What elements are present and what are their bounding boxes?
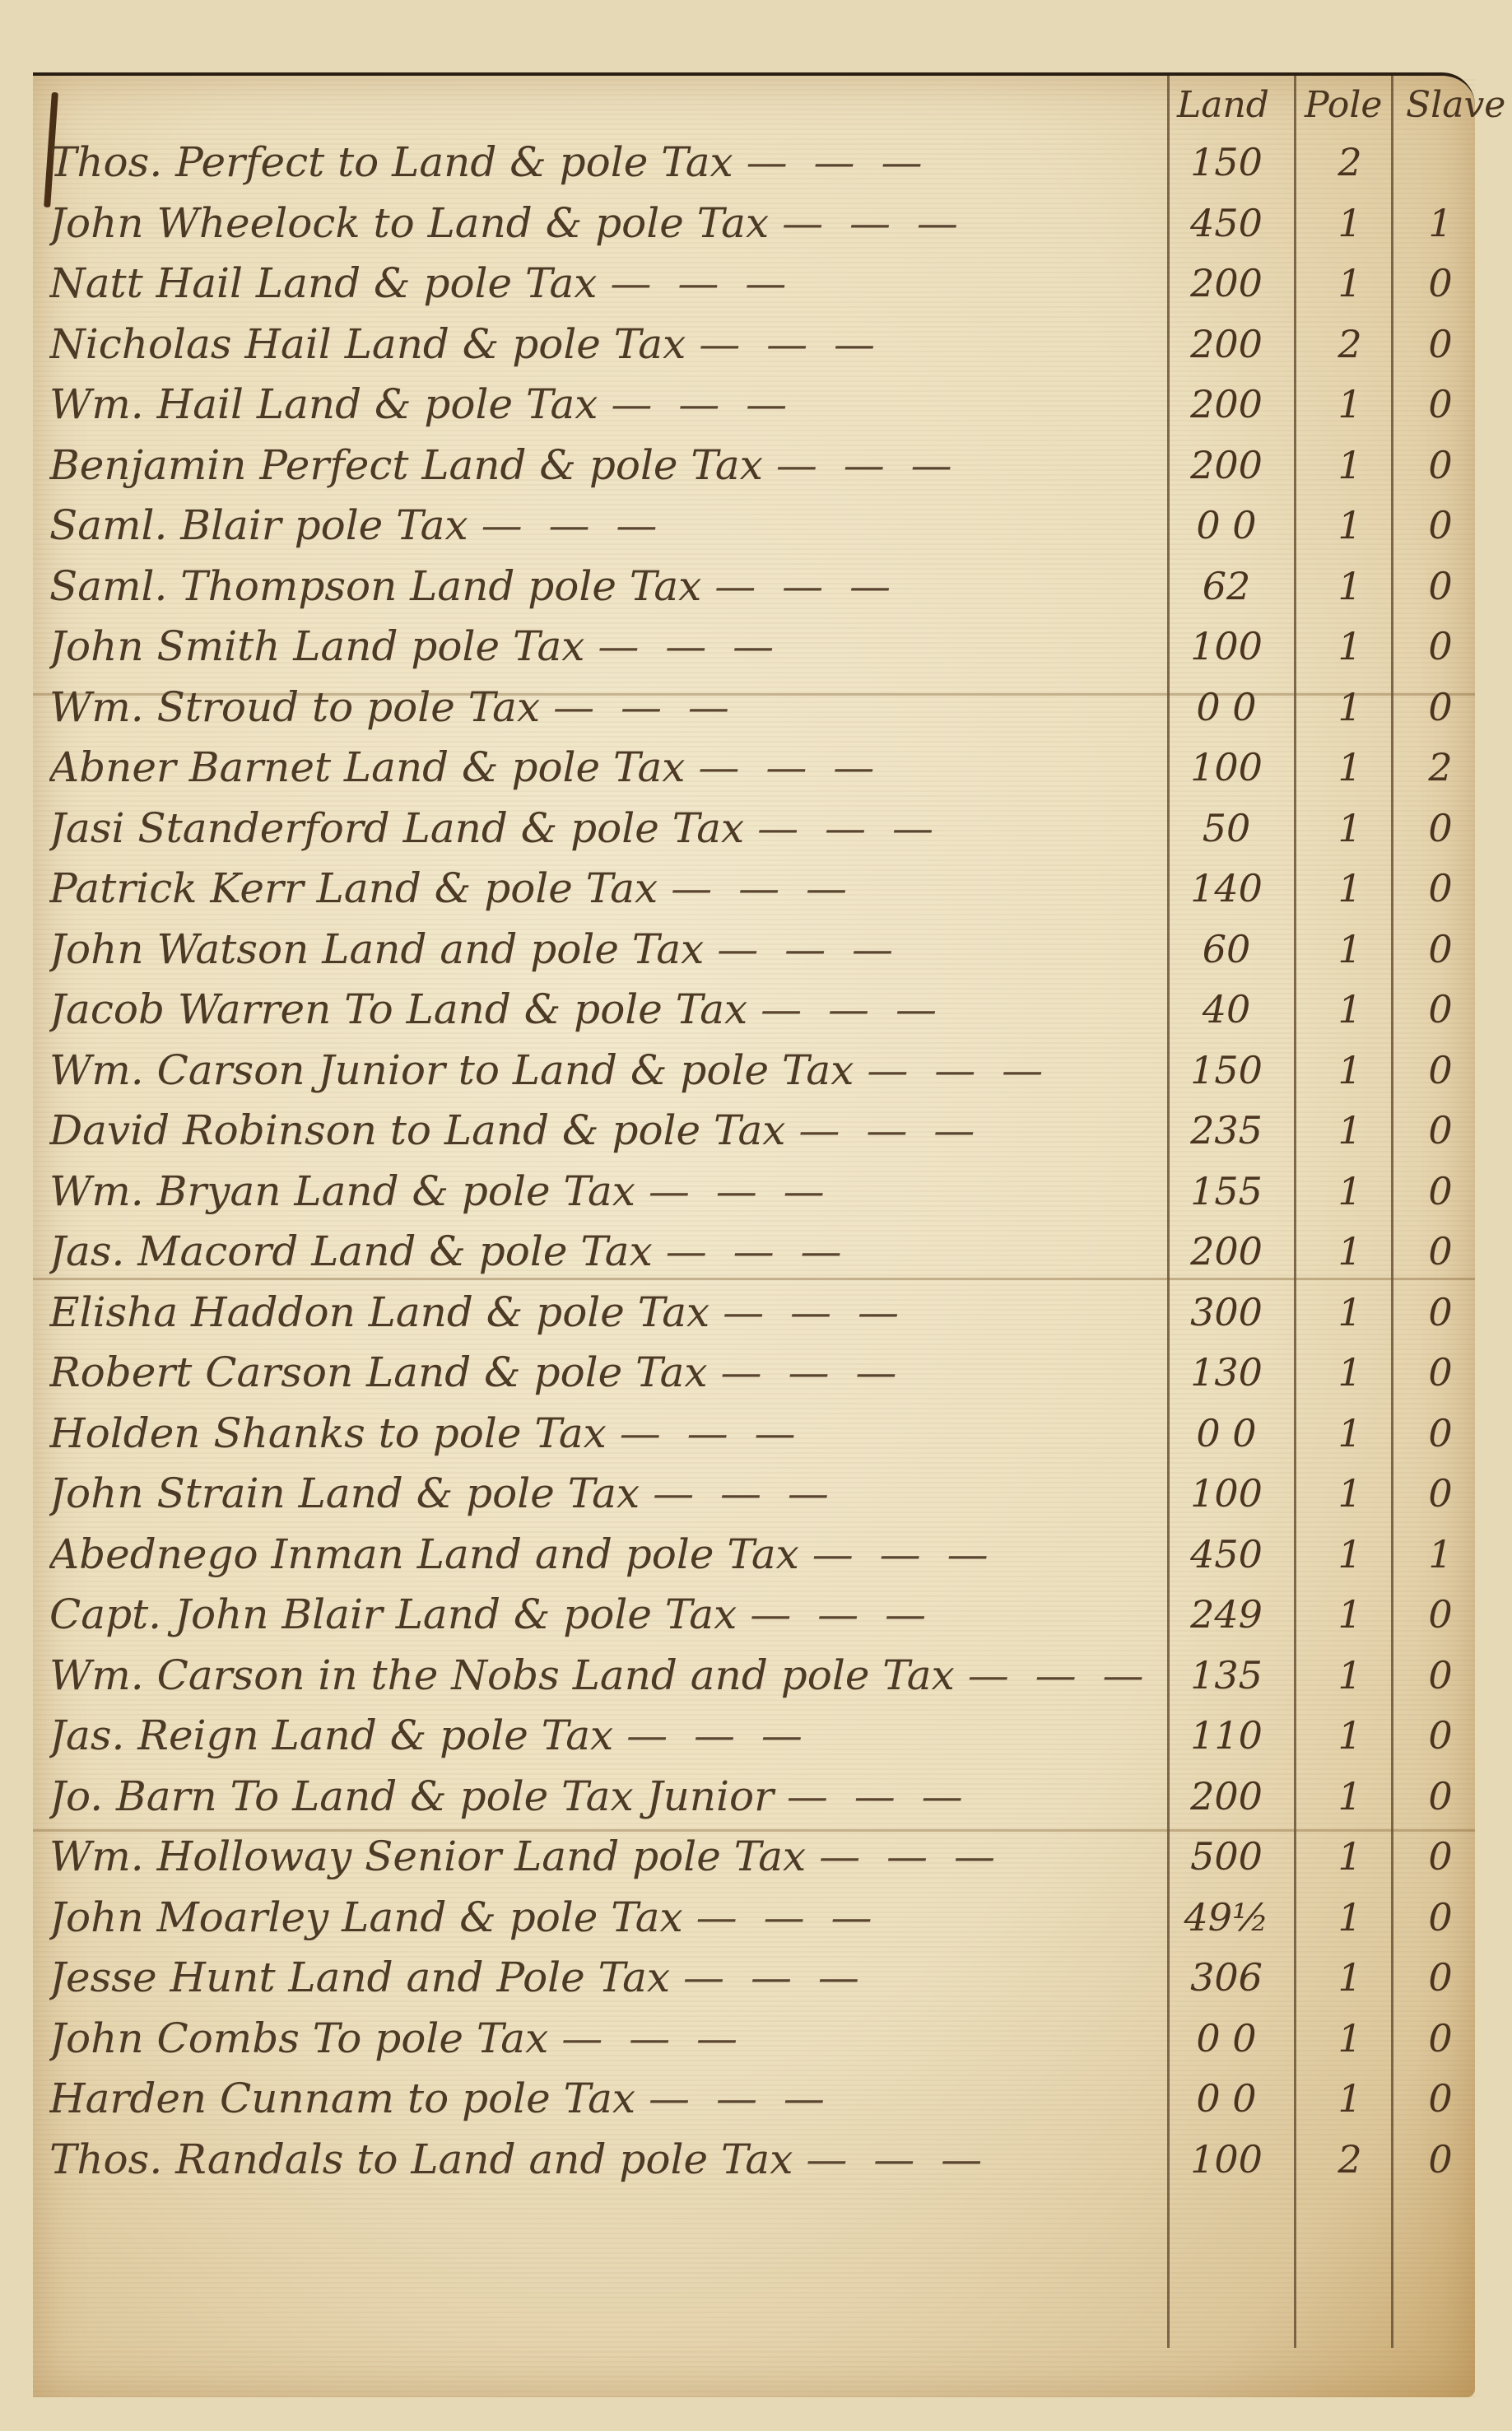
- land-value: 0 0: [1161, 503, 1292, 547]
- pole-value: 1: [1305, 1955, 1395, 2000]
- taxpayer-name: Thos. Randals to Land and pole Tax: [49, 2135, 793, 2183]
- slave-value: 0: [1403, 1229, 1477, 1274]
- table-row: Elisha Haddon Land & pole Tax — — —30010: [33, 1285, 1475, 1346]
- dash-leader: — — —: [723, 1288, 905, 1336]
- pole-value: 1: [1305, 1653, 1395, 1698]
- taxpayer-name: Jesse Hunt Land and Pole Tax: [49, 1954, 670, 2001]
- taxpayer-name: Jacob Warren To Land & pole Tax: [49, 985, 747, 1033]
- taxpayer-entry: Jesse Hunt Land and Pole Tax — — —: [49, 1954, 1161, 2001]
- dash-leader: — — —: [782, 199, 965, 247]
- taxpayer-entry: John Combs To pole Tax — — —: [49, 2014, 1161, 2062]
- taxpayer-name: Abner Barnet Land & pole Tax: [49, 743, 686, 791]
- dash-leader: — — —: [671, 864, 854, 912]
- slave-value: 2: [1403, 745, 1477, 789]
- slave-value: 0: [1403, 866, 1477, 910]
- taxpayer-entry: Wm. Stroud to pole Tax — — —: [49, 683, 1161, 731]
- table-row: Wm. Stroud to pole Tax — — —0 010: [33, 680, 1475, 741]
- tax-list-page: Land Pole Slave Thos. Perfect to Land & …: [33, 72, 1475, 2397]
- taxpayer-entry: John Strain Land & pole Tax — — —: [49, 1469, 1161, 1517]
- taxpayer-name: Saml. Thompson Land pole Tax: [49, 562, 701, 610]
- land-value: 100: [1161, 624, 1292, 668]
- pole-value: 1: [1305, 1532, 1395, 1576]
- pole-value: 1: [1305, 1592, 1395, 1637]
- pole-value: 1: [1305, 987, 1395, 1032]
- pole-value: 2: [1305, 2137, 1395, 2182]
- slave-value: 0: [1403, 1774, 1477, 1819]
- taxpayer-entry: Wm. Holloway Senior Land pole Tax — — —: [49, 1833, 1161, 1880]
- table-row: Natt Hail Land & pole Tax — — —20010: [33, 256, 1475, 317]
- column-header-slave: Slave: [1406, 84, 1505, 126]
- land-value: 200: [1161, 443, 1292, 487]
- slave-value: 0: [1403, 806, 1477, 850]
- table-row: Jacob Warren To Land & pole Tax — — —401…: [33, 982, 1475, 1043]
- slave-value: 0: [1403, 1108, 1477, 1153]
- taxpayer-entry: Abednego Inman Land and pole Tax — — —: [49, 1530, 1161, 1578]
- table-row: Jas. Reign Land & pole Tax — — —11010: [33, 1708, 1475, 1769]
- taxpayer-entry: Jacob Warren To Land & pole Tax — — —: [49, 985, 1161, 1033]
- taxpayer-name: Natt Hail Land & pole Tax: [49, 259, 598, 307]
- dash-leader: — — —: [721, 1348, 904, 1396]
- slave-value: 0: [1403, 1653, 1477, 1698]
- taxpayer-name: John Moarley Land & pole Tax: [49, 1893, 683, 1941]
- dash-leader: — — —: [611, 380, 793, 428]
- slave-value: 0: [1403, 1048, 1477, 1092]
- taxpayer-entry: Nicholas Hail Land & pole Tax — — —: [49, 320, 1161, 368]
- taxpayer-entry: John Wheelock to Land & pole Tax — — —: [49, 199, 1161, 247]
- slave-value: 0: [1403, 261, 1477, 305]
- pole-value: 1: [1305, 1713, 1395, 1758]
- taxpayer-name: Saml. Blair pole Tax: [49, 501, 468, 549]
- land-value: 300: [1161, 1290, 1292, 1334]
- dash-leader: — — —: [806, 2135, 989, 2183]
- taxpayer-name: Jas. Macord Land & pole Tax: [49, 1227, 653, 1275]
- pole-value: 1: [1305, 927, 1395, 971]
- slave-value: 1: [1403, 201, 1477, 245]
- table-row: Saml. Blair pole Tax — — —0 010: [33, 498, 1475, 559]
- land-value: 450: [1161, 201, 1292, 245]
- slave-value: 0: [1403, 1713, 1477, 1758]
- taxpayer-name: Jasi Standerford Land & pole Tax: [49, 804, 744, 852]
- table-row: Wm. Carson Junior to Land & pole Tax — —…: [33, 1043, 1475, 1104]
- table-row: Jasi Standerford Land & pole Tax — — —50…: [33, 801, 1475, 862]
- taxpayer-name: Elisha Haddon Land & pole Tax: [49, 1288, 709, 1336]
- dash-leader: — — —: [747, 138, 929, 186]
- taxpayer-name: Thos. Perfect to Land & pole Tax: [49, 138, 733, 186]
- taxpayer-name: Jo. Barn To Land & pole Tax Junior: [49, 1772, 774, 1820]
- slave-value: 0: [1403, 927, 1477, 971]
- entry-list: Thos. Perfect to Land & pole Tax — — —15…: [33, 135, 1475, 2192]
- table-row: John Combs To pole Tax — — —0 010: [33, 2011, 1475, 2072]
- dash-leader: — — —: [649, 2075, 831, 2122]
- land-value: 140: [1161, 866, 1292, 910]
- land-value: 200: [1161, 382, 1292, 426]
- taxpayer-name: Jas. Reign Land & pole Tax: [49, 1711, 613, 1759]
- pole-value: 1: [1305, 261, 1395, 305]
- table-row: John Moarley Land & pole Tax — — —49½10: [33, 1890, 1475, 1951]
- pole-value: 1: [1305, 806, 1395, 850]
- dash-leader: — — —: [968, 1651, 1151, 1699]
- taxpayer-name: Wm. Carson Junior to Land & pole Tax: [49, 1046, 854, 1094]
- taxpayer-name: John Wheelock to Land & pole Tax: [49, 199, 769, 247]
- pole-value: 1: [1305, 1471, 1395, 1516]
- table-row: Thos. Perfect to Land & pole Tax — — —15…: [33, 135, 1475, 196]
- dash-leader: — — —: [626, 1711, 809, 1759]
- taxpayer-name: Harden Cunnam to pole Tax: [49, 2075, 635, 2122]
- taxpayer-entry: Wm. Hail Land & pole Tax — — —: [49, 380, 1161, 428]
- pole-value: 1: [1305, 1774, 1395, 1819]
- column-header-pole: Pole: [1305, 84, 1382, 126]
- slave-value: 0: [1403, 1169, 1477, 1213]
- pole-value: 1: [1305, 1895, 1395, 1940]
- dash-leader: — — —: [610, 259, 793, 307]
- table-row: Jas. Macord Land & pole Tax — — —20010: [33, 1224, 1475, 1285]
- dash-leader: — — —: [598, 622, 780, 670]
- pole-value: 1: [1305, 624, 1395, 668]
- slave-value: 0: [1403, 1895, 1477, 1940]
- land-value: 100: [1161, 2137, 1292, 2182]
- dash-leader: — — —: [699, 320, 882, 368]
- table-row: Thos. Randals to Land and pole Tax — — —…: [33, 2132, 1475, 2193]
- dash-leader: — — —: [867, 1046, 1049, 1094]
- pole-value: 1: [1305, 443, 1395, 487]
- slave-value: 0: [1403, 624, 1477, 668]
- taxpayer-name: Capt. John Blair Land & pole Tax: [49, 1590, 737, 1638]
- dash-leader: — — —: [787, 1772, 970, 1820]
- dash-leader: — — —: [653, 1469, 835, 1517]
- taxpayer-name: Nicholas Hail Land & pole Tax: [49, 320, 686, 368]
- dash-leader: — — —: [750, 1590, 933, 1638]
- slave-value: 0: [1403, 443, 1477, 487]
- taxpayer-name: John Smith Land pole Tax: [49, 622, 584, 670]
- pole-value: 1: [1305, 866, 1395, 910]
- land-value: 100: [1161, 1471, 1292, 1516]
- taxpayer-entry: Thos. Perfect to Land & pole Tax — — —: [49, 138, 1161, 186]
- taxpayer-name: Holden Shanks to pole Tax: [49, 1409, 607, 1457]
- dash-leader: — — —: [698, 743, 881, 791]
- slave-value: 0: [1403, 503, 1477, 547]
- taxpayer-name: Robert Carson Land & pole Tax: [49, 1348, 708, 1396]
- table-row: Abner Barnet Land & pole Tax — — —10012: [33, 740, 1475, 801]
- land-value: 155: [1161, 1169, 1292, 1213]
- slave-value: 0: [1403, 1290, 1477, 1334]
- pole-value: 2: [1305, 322, 1395, 366]
- table-row: Nicholas Hail Land & pole Tax — — —20020: [33, 317, 1475, 378]
- table-row: Wm. Bryan Land & pole Tax — — —15510: [33, 1164, 1475, 1225]
- table-row: Benjamin Perfect Land & pole Tax — — —20…: [33, 438, 1475, 499]
- taxpayer-entry: John Smith Land pole Tax — — —: [49, 622, 1161, 670]
- slave-value: 0: [1403, 322, 1477, 366]
- land-value: 0 0: [1161, 685, 1292, 729]
- dash-leader: — — —: [717, 925, 900, 973]
- slave-value: 0: [1403, 2016, 1477, 2061]
- taxpayer-entry: Thos. Randals to Land and pole Tax — — —: [49, 2135, 1161, 2183]
- table-row: David Robinson to Land & pole Tax — — —2…: [33, 1103, 1475, 1164]
- pole-value: 1: [1305, 564, 1395, 608]
- taxpayer-entry: Saml. Blair pole Tax — — —: [49, 501, 1161, 549]
- pole-value: 1: [1305, 1290, 1395, 1334]
- taxpayer-name: Wm. Carson in the Nobs Land and pole Tax: [49, 1651, 955, 1699]
- taxpayer-entry: Wm. Carson Junior to Land & pole Tax — —…: [49, 1046, 1161, 1094]
- dash-leader: — — —: [812, 1530, 995, 1578]
- slave-value: 0: [1403, 2137, 1477, 2182]
- slave-value: 0: [1403, 1350, 1477, 1395]
- dash-leader: — — —: [482, 501, 664, 549]
- taxpayer-name: John Strain Land & pole Tax: [49, 1469, 640, 1517]
- pole-value: 1: [1305, 382, 1395, 426]
- taxpayer-name: Wm. Bryan Land & pole Tax: [49, 1167, 635, 1215]
- taxpayer-entry: Jas. Macord Land & pole Tax — — —: [49, 1227, 1161, 1275]
- taxpayer-entry: Jasi Standerford Land & pole Tax — — —: [49, 804, 1161, 852]
- land-value: 50: [1161, 806, 1292, 850]
- table-row: Wm. Hail Land & pole Tax — — —20010: [33, 377, 1475, 438]
- dash-leader: — — —: [561, 2014, 744, 2062]
- land-value: 100: [1161, 745, 1292, 789]
- land-value: 130: [1161, 1350, 1292, 1395]
- slave-value: 0: [1403, 1411, 1477, 1455]
- table-row: Capt. John Blair Land & pole Tax — — —24…: [33, 1587, 1475, 1648]
- table-row: Holden Shanks to pole Tax — — —0 010: [33, 1406, 1475, 1467]
- taxpayer-name: John Watson Land and pole Tax: [49, 925, 704, 973]
- slave-value: 0: [1403, 1471, 1477, 1516]
- slave-value: 0: [1403, 2076, 1477, 2121]
- table-row: John Wheelock to Land & pole Tax — — —45…: [33, 196, 1475, 257]
- slave-value: 0: [1403, 1592, 1477, 1637]
- land-value: 0 0: [1161, 2016, 1292, 2061]
- dash-leader: — — —: [776, 441, 959, 489]
- table-row: John Smith Land pole Tax — — —10010: [33, 619, 1475, 680]
- land-value: 235: [1161, 1108, 1292, 1153]
- taxpayer-entry: Wm. Bryan Land & pole Tax — — —: [49, 1167, 1161, 1215]
- pole-value: 1: [1305, 2016, 1395, 2061]
- dash-leader: — — —: [798, 1106, 981, 1154]
- land-value: 62: [1161, 564, 1292, 608]
- table-row: Robert Carson Land & pole Tax — — —13010: [33, 1345, 1475, 1406]
- taxpayer-entry: Jas. Reign Land & pole Tax — — —: [49, 1711, 1161, 1759]
- table-row: Jesse Hunt Land and Pole Tax — — —30610: [33, 1950, 1475, 2011]
- land-value: 200: [1161, 322, 1292, 366]
- taxpayer-entry: John Moarley Land & pole Tax — — —: [49, 1893, 1161, 1941]
- land-value: 150: [1161, 140, 1292, 184]
- taxpayer-name: Wm. Holloway Senior Land pole Tax: [49, 1833, 806, 1880]
- column-header-land: Land: [1177, 84, 1269, 126]
- taxpayer-entry: John Watson Land and pole Tax — — —: [49, 925, 1161, 973]
- taxpayer-name: John Combs To pole Tax: [49, 2014, 548, 2062]
- taxpayer-entry: Benjamin Perfect Land & pole Tax — — —: [49, 441, 1161, 489]
- slave-value: 0: [1403, 1955, 1477, 2000]
- taxpayer-entry: Elisha Haddon Land & pole Tax — — —: [49, 1288, 1161, 1336]
- taxpayer-entry: Holden Shanks to pole Tax — — —: [49, 1409, 1161, 1457]
- taxpayer-name: David Robinson to Land & pole Tax: [49, 1106, 786, 1154]
- dash-leader: — — —: [553, 683, 736, 731]
- taxpayer-entry: Abner Barnet Land & pole Tax — — —: [49, 743, 1161, 791]
- taxpayer-name: Wm. Stroud to pole Tax: [49, 683, 540, 731]
- taxpayer-entry: Robert Carson Land & pole Tax — — —: [49, 1348, 1161, 1396]
- slave-value: 0: [1403, 564, 1477, 608]
- dash-leader: — — —: [649, 1167, 831, 1215]
- table-row: John Watson Land and pole Tax — — —6010: [33, 922, 1475, 983]
- land-value: 40: [1161, 987, 1292, 1032]
- table-row: John Strain Land & pole Tax — — —10010: [33, 1466, 1475, 1527]
- land-value: 60: [1161, 927, 1292, 971]
- taxpayer-entry: Patrick Kerr Land & pole Tax — — —: [49, 864, 1161, 912]
- table-row: Patrick Kerr Land & pole Tax — — —14010: [33, 861, 1475, 922]
- land-value: 249: [1161, 1592, 1292, 1637]
- table-row: Jo. Barn To Land & pole Tax Junior — — —…: [33, 1769, 1475, 1830]
- dash-leader: — — —: [714, 562, 897, 610]
- pole-value: 1: [1305, 1834, 1395, 1879]
- pole-value: 1: [1305, 1350, 1395, 1395]
- dash-leader: — — —: [683, 1954, 866, 2001]
- dash-leader: — — —: [819, 1833, 1002, 1880]
- dash-leader: — — —: [696, 1893, 879, 1941]
- taxpayer-name: Wm. Hail Land & pole Tax: [49, 380, 598, 428]
- table-row: Abednego Inman Land and pole Tax — — —45…: [33, 1527, 1475, 1588]
- taxpayer-entry: Natt Hail Land & pole Tax — — —: [49, 259, 1161, 307]
- dash-leader: — — —: [666, 1227, 849, 1275]
- taxpayer-name: Patrick Kerr Land & pole Tax: [49, 864, 658, 912]
- taxpayer-entry: Jo. Barn To Land & pole Tax Junior — — —: [49, 1772, 1161, 1820]
- table-row: Wm. Carson in the Nobs Land and pole Tax…: [33, 1648, 1475, 1709]
- pole-value: 1: [1305, 745, 1395, 789]
- land-value: 135: [1161, 1653, 1292, 1698]
- taxpayer-entry: Capt. John Blair Land & pole Tax — — —: [49, 1590, 1161, 1638]
- taxpayer-entry: David Robinson to Land & pole Tax — — —: [49, 1106, 1161, 1154]
- slave-value: 0: [1403, 987, 1477, 1032]
- land-value: 200: [1161, 1774, 1292, 1819]
- pole-value: 2: [1305, 140, 1395, 184]
- taxpayer-entry: Saml. Thompson Land pole Tax — — —: [49, 562, 1161, 610]
- land-value: 500: [1161, 1834, 1292, 1879]
- taxpayer-entry: Harden Cunnam to pole Tax — — —: [49, 2075, 1161, 2122]
- table-row: Saml. Thompson Land pole Tax — — —6210: [33, 559, 1475, 620]
- land-value: 0 0: [1161, 2076, 1292, 2121]
- pole-value: 1: [1305, 1169, 1395, 1213]
- taxpayer-entry: Wm. Carson in the Nobs Land and pole Tax…: [49, 1651, 1161, 1699]
- land-value: 450: [1161, 1532, 1292, 1576]
- table-row: Wm. Holloway Senior Land pole Tax — — —5…: [33, 1829, 1475, 1890]
- taxpayer-name: Abednego Inman Land and pole Tax: [49, 1530, 799, 1578]
- pole-value: 1: [1305, 685, 1395, 729]
- land-value: 200: [1161, 1229, 1292, 1274]
- taxpayer-name: Benjamin Perfect Land & pole Tax: [49, 441, 763, 489]
- land-value: 306: [1161, 1955, 1292, 2000]
- pole-value: 1: [1305, 503, 1395, 547]
- pole-value: 1: [1305, 2076, 1395, 2121]
- slave-value: 1: [1403, 1532, 1477, 1576]
- dash-leader: — — —: [757, 804, 940, 852]
- table-row: Harden Cunnam to pole Tax — — —0 010: [33, 2071, 1475, 2132]
- slave-value: 0: [1403, 382, 1477, 426]
- land-value: 0 0: [1161, 1411, 1292, 1455]
- land-value: 110: [1161, 1713, 1292, 1758]
- dash-leader: — — —: [761, 985, 943, 1033]
- pole-value: 1: [1305, 201, 1395, 245]
- pole-value: 1: [1305, 1048, 1395, 1092]
- slave-value: 0: [1403, 685, 1477, 729]
- pole-value: 1: [1305, 1411, 1395, 1455]
- dash-leader: — — —: [620, 1409, 803, 1457]
- pole-value: 1: [1305, 1108, 1395, 1153]
- land-value: 200: [1161, 261, 1292, 305]
- land-value: 150: [1161, 1048, 1292, 1092]
- pole-value: 1: [1305, 1229, 1395, 1274]
- land-value: 49½: [1161, 1895, 1292, 1940]
- slave-value: 0: [1403, 1834, 1477, 1879]
